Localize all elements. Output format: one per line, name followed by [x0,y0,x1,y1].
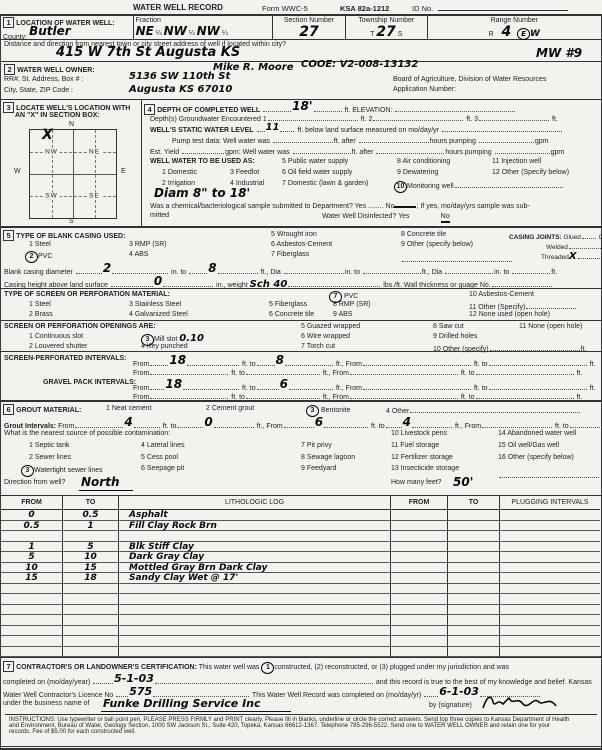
section6-number: 6 [3,404,14,415]
grout-value-2: 0 [204,415,212,429]
how-many-feet-value: 50' [453,475,473,489]
plug-row-to [448,594,500,605]
plug-row-to [448,521,500,532]
contam-option-1: 1 Septic tank [29,442,69,449]
joints-threaded: Threaded [541,254,569,261]
section5-number: 5 [3,230,14,241]
screen-option-11-label: 11 Other (Specify) [469,304,525,311]
pump-test-label: Pump test data: [172,138,221,145]
spi2-from-label: From [133,370,149,377]
spi-ft-end: ft. [590,361,596,368]
plug-row-desc [500,584,600,595]
screen-option-3: 3 Stainless Steel [129,301,181,308]
business-name-value: Funke Drilling Service Inc [101,697,291,712]
plug-row-to [448,605,500,616]
township-s: S [398,31,403,38]
range-west: W [530,29,540,39]
opening-option-5: 5 Guazed wrapped [301,323,360,330]
plug-row-to [448,552,500,563]
section5-title: TYPE OF BLANK CASING USED: [16,233,125,240]
fraction-cell: Fraction NE ¼ NW ¼ NW ¼ [134,16,274,39]
log-row-from [1,615,63,626]
plug-row-from [391,626,448,637]
section7-title: CONTRACTOR'S OR LANDOWNER'S CERTIFICATIO… [16,664,197,671]
completed-on-label: completed on (mo/day/year) [3,679,90,686]
log-row-desc: Blk Stiff Clay [119,542,391,553]
gpi2-ft-end: ft. [576,394,582,401]
diameter-ft-end: ft. [551,269,557,276]
compass-east: E [121,168,126,175]
screen-option-9: 9 ABS [333,311,352,318]
chem-no-pen-mark [394,202,416,208]
compass-west: W [14,168,21,175]
certification-line1: 7 CONTRACTOR'S OR LANDOWNER'S CERTIFICAT… [3,661,509,674]
instructions-line3: records. Fee of $5.00 for each construct… [9,729,593,735]
groundwater-line: Depth(s) Groundwater Encountered 1 ft. 2… [150,113,558,123]
screen-option-2: 2 Brass [29,311,53,318]
direction-value: North [79,475,133,491]
grout-option-1: 1 Neat cement [106,405,152,412]
opening-option-3-label: Mill slot [154,336,177,343]
casing-option-5: 5 Wrought iron [271,231,317,238]
log-row-to: 0.5 [63,510,119,521]
log-row-from [1,626,63,637]
grout-value-4: 4 [403,415,411,429]
section7-certification: 7 CONTRACTOR'S OR LANDOWNER'S CERTIFICAT… [0,658,602,750]
grout-ft-to-2: ft. to [371,423,385,430]
screen-title: TYPE OF SCREEN OR PERFORATION MATERIAL: [4,291,170,298]
screen-option-8: 8 RMP (SR) [333,301,371,308]
log-header-from1: FROM [1,496,63,510]
plug-row-to [448,542,500,553]
contam-option-8: 8 Sewage lagoon [301,454,355,461]
cert-constructed-circled: 1 [261,662,274,674]
grout-option-3: 3 Bentonite [306,405,351,417]
est-ft-after: ft. after [352,149,374,156]
log-row-desc [119,647,391,658]
casing-joints-label: CASING JOINTS: [509,234,562,241]
plug-row-from [391,521,448,532]
diagram-dashed-line [52,130,53,218]
pump-gpm: gpm [535,138,549,145]
use-option-1: 1 Domestic [162,169,197,176]
quadrant-ne-label: NE [87,149,102,156]
contam-option-3-circled: 3 [21,465,34,477]
log-row-from: 0.5 [1,521,63,532]
plug-row-to [448,563,500,574]
log-row-to [63,594,119,605]
instructions-block: INSTRUCTIONS: Use typewriter or ball poi… [5,714,597,735]
contam-option-12: 12 Fertilizer storage [391,454,453,461]
form-title: WATER WELL RECORD [133,3,223,12]
use-option-12: 12 Other (Specify below) [492,169,569,176]
log-row-desc [119,615,391,626]
use-option-6: 6 Oil field water supply [282,169,352,176]
gravel-pack-intervals-label: GRAVEL PACK INTERVALS: [43,379,136,386]
bottom-rule [1,746,601,747]
contam-option-3-label: Watertight sewer lines [34,467,103,474]
est-yield-label: Est. Yield [150,149,179,156]
log-row-from: 5 [1,552,63,563]
opening-option-6: 6 Wire wrapped [301,333,350,340]
range-value: 4 [501,24,511,40]
casing-option-3: 3 RMP (SR) [129,241,167,248]
joints-welded: Welded [546,244,568,251]
grout-intervals-label: Grout Intervals: [4,423,56,430]
static-water-level-value: 11 [266,122,280,133]
section3-title-line1: LOCATE WELL'S LOCATION WITH [16,105,130,112]
screen-option-12: 12 None used (open hole) [469,311,550,318]
log-row-from: 0 [1,510,63,521]
plug-row-from [391,552,448,563]
diameter-ft-dia: ft., Dia [261,269,281,276]
contam-option-4: 4 Lateral lines [141,442,185,449]
plug-row-desc [500,531,600,542]
range-east-circled: E [517,28,530,40]
plug-row-from [391,605,448,616]
compass-north: N [69,121,74,128]
gpi-to-value: 6 [280,377,288,391]
log-row-to [63,615,119,626]
contam-option-6: 6 Seepage pit [141,465,184,472]
casing-option-1: 1 Steel [29,241,51,248]
plug-row-desc [500,594,600,605]
township-t: T [370,31,374,38]
use-option-8: 8 Air conditioning [397,158,450,165]
use-option-10-label: Monitoring well [407,183,454,190]
plug-row-desc [500,647,600,658]
log-row-from: 10 [1,563,63,574]
casing-height-value: 0 [154,274,162,288]
est-yield-gpm: gpm: [225,149,241,156]
cert-text-1: This water well was [199,664,260,671]
gpi-from-value: 18 [165,377,182,391]
grout-value-3: 6 [315,415,323,429]
section1-number: 1 [3,17,14,28]
plug-row-from [391,594,448,605]
plug-row-desc [500,563,600,574]
est-well-water-was: Well water was [243,149,290,156]
casing-option-9: 9 Other (specify below) [401,241,473,248]
log-row-to: 10 [63,552,119,563]
opening-option-2: 2 Louvered shutter [29,343,87,350]
owner-address-value: 5136 SW 110th St [129,71,230,82]
log-row-desc: Fill Clay Rock Brn [119,521,391,532]
use-option-11: 11 Injection well [492,158,541,165]
log-row-to: 15 [63,563,119,574]
casing-option-4: 4 ABS [129,251,148,258]
water-well-record-form: WATER WELL RECORD Form WWC-5 KSA 82a-121… [0,0,602,750]
form-header: WATER WELL RECORD Form WWC-5 KSA 82a-121… [0,0,602,14]
use-option-5: 5 Public water supply [282,158,348,165]
casing-joints-line1: CASING JOINTS: Glued Clamped [509,231,602,241]
diameter-ft-dia-2: ft., Dia [422,269,442,276]
log-row-to [63,605,119,616]
plug-row-from [391,510,448,521]
plug-row-from [391,563,448,574]
form-ksa: KSA 82a-1212 [340,4,389,13]
location-cell: 1 LOCATION OF WATER WELL: County: Butler [1,16,134,39]
log-row-desc [119,584,391,595]
screen-perforated-intervals-label: SCREEN-PERFORATED INTERVALS: [4,355,127,362]
log-row-desc: Asphalt [119,510,391,521]
range-r: R [489,31,494,38]
plug-row-from [391,573,448,584]
diameter-in-to: in. to [171,269,186,276]
section6-grout: 6 GROUT MATERIAL: 1 Neat cement 2 Cement… [0,402,602,496]
form-id-label: ID No. [412,4,433,13]
pump-hours: hours pumping [430,138,476,145]
log-row-desc: Sandy Clay Wet @ 17' [119,573,391,584]
depth-value: 18' [292,99,312,113]
screen-openings-subsection: SCREEN OR PERFORATION OPENINGS ARE: 5 Gu… [1,320,601,353]
opening-option-8: 8 Saw cut [433,323,464,330]
log-row-from: 15 [1,573,63,584]
joints-glued: Glued [564,234,581,241]
spi-row-2: From ft. to ft., From ft. to ft. [133,367,582,377]
township-cell: Township Number T 27 S [346,16,428,39]
plug-row-to [448,636,500,647]
static-water-level-rest: ft. below land surface measured on mo/da… [297,127,439,134]
section2-owner: 2 WATER WELL OWNER: Mike R. Moore COOE: … [0,62,602,100]
diameter-value-2: 8 [208,261,216,275]
joints-welded-line: Welded [546,241,602,251]
log-row-to: 18 [63,573,119,584]
board-of-agriculture-text: Board of Agriculture, Division of Water … [393,76,546,83]
blank-casing-diameter-line: Blank casing diameter 2 in. to 8 ft., Di… [4,263,557,277]
plug-row-desc [500,626,600,637]
log-header-to2: TO [448,496,500,510]
log-header-lithologic: LITHOLOGIC LOG [119,496,391,510]
quarter-2: ¼ [189,30,195,37]
log-row-desc: Dark Gray Clay [119,552,391,563]
application-number-label: Application Number: [393,86,456,93]
screen-option-6: 6 Concrete tile [269,311,314,318]
casing-option-2-label: PVC [38,253,52,260]
pump-well-water-was: Well water was [223,138,270,145]
certification-line2: completed on (mo/day/year) 5-1-03 and th… [3,674,592,687]
section6-title: GROUT MATERIAL: [16,407,81,414]
disinfected-line: Water Well Disinfected? Yes No [322,213,450,220]
screen-option-4: 4 Galvanized Steel [129,311,188,318]
fraction-label: Fraction [136,17,161,24]
signature-scrawl [479,692,559,712]
section4-depth: 4 DEPTH OF COMPLETED WELL 18' ft. ELEVAT… [142,100,601,228]
opening-option-7: 7 Torch cut [301,343,335,350]
cert-text-2: (2) reconstructed, or (3) plugged under … [314,664,509,671]
chem-sample-text-end: ; If yes, mo/day/yrs sample was sub- [416,203,529,210]
log-row-to: 1 [63,521,119,532]
section1-location: 1 LOCATION OF WATER WELL: County: Butler… [0,14,602,40]
joints-threaded-line: ThreadedX [541,251,601,262]
casing-option-8: 8 Concrete tile [401,231,446,238]
plug-row-desc [500,542,600,553]
contam-option-7: 7 Pit privy [301,442,332,449]
quadrant-nw-label: NW [43,149,60,156]
casing-option-6: 6 Asbestos-Cement [271,241,332,248]
section-number-value: 27 [299,24,318,40]
plug-row-from [391,584,448,595]
grout-ft-to-1: ft. to [163,423,177,430]
gpi-ft-end: ft. [590,385,596,392]
plug-row-desc [500,521,600,532]
groundwater-ft: ft. [552,116,558,123]
section-box-diagram: NW NE SW SE X [29,129,117,219]
spi2-ft-to: ft. to [231,370,245,377]
opening-option-11: 11 None (open hole) [519,323,582,330]
well-location-x-mark: X [42,127,53,143]
cert-text-3: and this record is true to the best of m… [376,679,592,686]
plug-row-to [448,647,500,658]
log-row-desc [119,626,391,637]
log-row-to [63,636,119,647]
contam-option-5: 5 Cess pool [141,454,178,461]
contam-option-2: 2 Sewer lines [29,454,71,461]
log-header-from2: FROM [391,496,448,510]
screen-option-1: 1 Steel [29,301,51,308]
address-value: 415 W 7th St Augusta KS [56,45,240,60]
quarter-3: ¼ [222,30,228,37]
log-row-to [63,647,119,658]
groundwater-ft2: ft. 2 [361,116,373,123]
gpi2-ft-from: ft., From [323,394,349,401]
range-cell: Range Number R 4 EW [428,16,601,39]
log-row-to [63,531,119,542]
screen-option-11: 11 Other (Specify) [469,301,577,311]
opening-option-4: 4 Key punched [141,343,188,350]
gpi2-ft-to: ft. to [231,394,245,401]
plug-row-desc [500,510,600,521]
quadrant-sw-label: SW [43,193,59,200]
contam-option-13: 13 Insecticide storage [391,465,459,472]
groundwater-ft3: ft. 3 [466,116,478,123]
quadrant-se-label: SE [87,193,102,200]
section3-number: 3 [3,102,14,113]
groundwater-label: Depth(s) Groundwater Encountered [150,116,261,123]
chem-sample-question2: mitted [150,212,169,219]
how-many-feet-label: How many feet? [391,479,442,486]
section-number-label: Section Number [284,17,334,24]
log-row-from [1,605,63,616]
plug-row-to [448,573,500,584]
spi-to-value: 8 [276,353,284,367]
range-label: Range Number [491,17,538,24]
grout-value-1: 4 [124,415,132,429]
est-hours: hours pumping [445,149,491,156]
contam-option-11: 11 Fuel storage [391,442,439,449]
contam-option-9: 9 Feedyard [301,465,336,472]
fraction-b: NW [164,24,187,38]
static-water-level-label: WELL'S STATIC WATER LEVEL [150,127,254,134]
grout-option-4: 4 Other [386,405,581,415]
opening-option-9: 9 Drilled holes [433,333,477,340]
plug-row-from [391,647,448,658]
est-yield-line: Est. Yield gpm: Well water was ft. after… [150,146,564,156]
log-row-to [63,626,119,637]
diagram-horizontal-center-line [30,174,116,175]
pump-test-line: Pump test data: Well water was ft. after… [172,135,549,145]
compass-south: S [69,218,74,225]
plug-row-from [391,615,448,626]
plug-row-desc [500,636,600,647]
screen-option-7-label: PVC [344,293,358,300]
joints-threaded-x-mark: X [569,251,577,262]
static-water-level-line: WELL'S STATIC WATER LEVEL 11 ft. below l… [150,124,563,135]
plug-row-to [448,626,500,637]
plug-row-from [391,531,448,542]
plug-row-from [391,542,448,553]
casing-option-7: 7 Fiberglass [271,251,309,258]
log-row-desc [119,594,391,605]
screen-option-5: 5 Fiberglass [269,301,307,308]
form-number: Form WWC-5 [262,4,308,13]
grout-ft-from: ft., From [257,423,283,430]
form-id-blank [438,10,568,11]
log-header-plugging: PLUGGING INTERVALS [500,496,600,510]
license-label: Water Well Contractor's Licence No [3,692,113,699]
signature-label: by (signature) [429,702,472,709]
grout-ft-from-2: ft., From [455,423,481,430]
log-row-from: 1 [1,542,63,553]
well-name-value: MW #9 [536,46,582,60]
diameter-note-value: Diam 8" to 18' [154,186,250,200]
owner-address-label: RR#, St. Address, Box # : [4,76,83,83]
fraction-a: NE [136,24,154,38]
use-option-3: 3 Feedlot [230,169,259,176]
opening-option-1: 1 Continuous slot [29,333,83,340]
grout-option-3-label: Bentonite [321,407,351,414]
log-row-desc: Mottled Gray Brn Dark Clay [119,563,391,574]
grout-intervals-line: Grout Intervals: From4 ft. to0 ft., From… [4,417,602,431]
record-completed-value: 6-1-03 [439,685,479,698]
log-row-from [1,531,63,542]
contam-option-16: 16 Other (specify below) [498,454,574,461]
use-option-9: 9 Dewatering [397,169,438,176]
business-name-label: under the business name of [3,700,89,707]
spi2-ft-to-2: ft. to [461,370,475,377]
casing-option-2-circled: 2 [25,251,38,263]
intervals-block: SCREEN-PERFORATED INTERVALS: From18 ft. … [0,352,602,402]
plug-row-to [448,531,500,542]
gpi-row-2: From ft. to ft., From ft. to ft. [133,391,582,401]
diagram-dashed-line [95,130,96,218]
plug-row-to [448,584,500,595]
use-title: WELL WATER TO BE USED AS: [150,158,255,165]
log-row-from [1,636,63,647]
chem-sample-question: Was a chemical/bacteriological sample su… [150,202,530,210]
contamination-question: What is the nearest source of possible c… [4,430,170,437]
plug-row-from [391,636,448,647]
county-value: Butler [29,24,71,38]
contam-option-10: 10 Livestock pens [391,430,447,437]
owner-city-value: Augusta KS 67010 [129,84,232,95]
grout-option-4-label: 4 Other [386,408,409,415]
pump-ft-after: ft. after [334,138,356,145]
log-row-from [1,647,63,658]
log-row-desc [119,605,391,616]
plug-row-desc [500,605,600,616]
plug-row-desc [500,615,600,626]
diameter-value-1: 2 [103,261,111,275]
use-option-7: 7 Domestic (lawn & garden) [282,180,368,187]
township-value: 27 [376,24,395,40]
contam-option-15: 15 Oil well/Gas well [498,442,559,449]
diameter-in-to-3: in. to [494,269,509,276]
section2-title: WATER WELL OWNER: [17,67,95,74]
sections3-4: 3 LOCATE WELL'S LOCATION WITH AN "X" IN … [0,100,602,228]
contam-option-14: 14 Abandoned water well [498,430,576,437]
fraction-c: NW [197,24,220,38]
